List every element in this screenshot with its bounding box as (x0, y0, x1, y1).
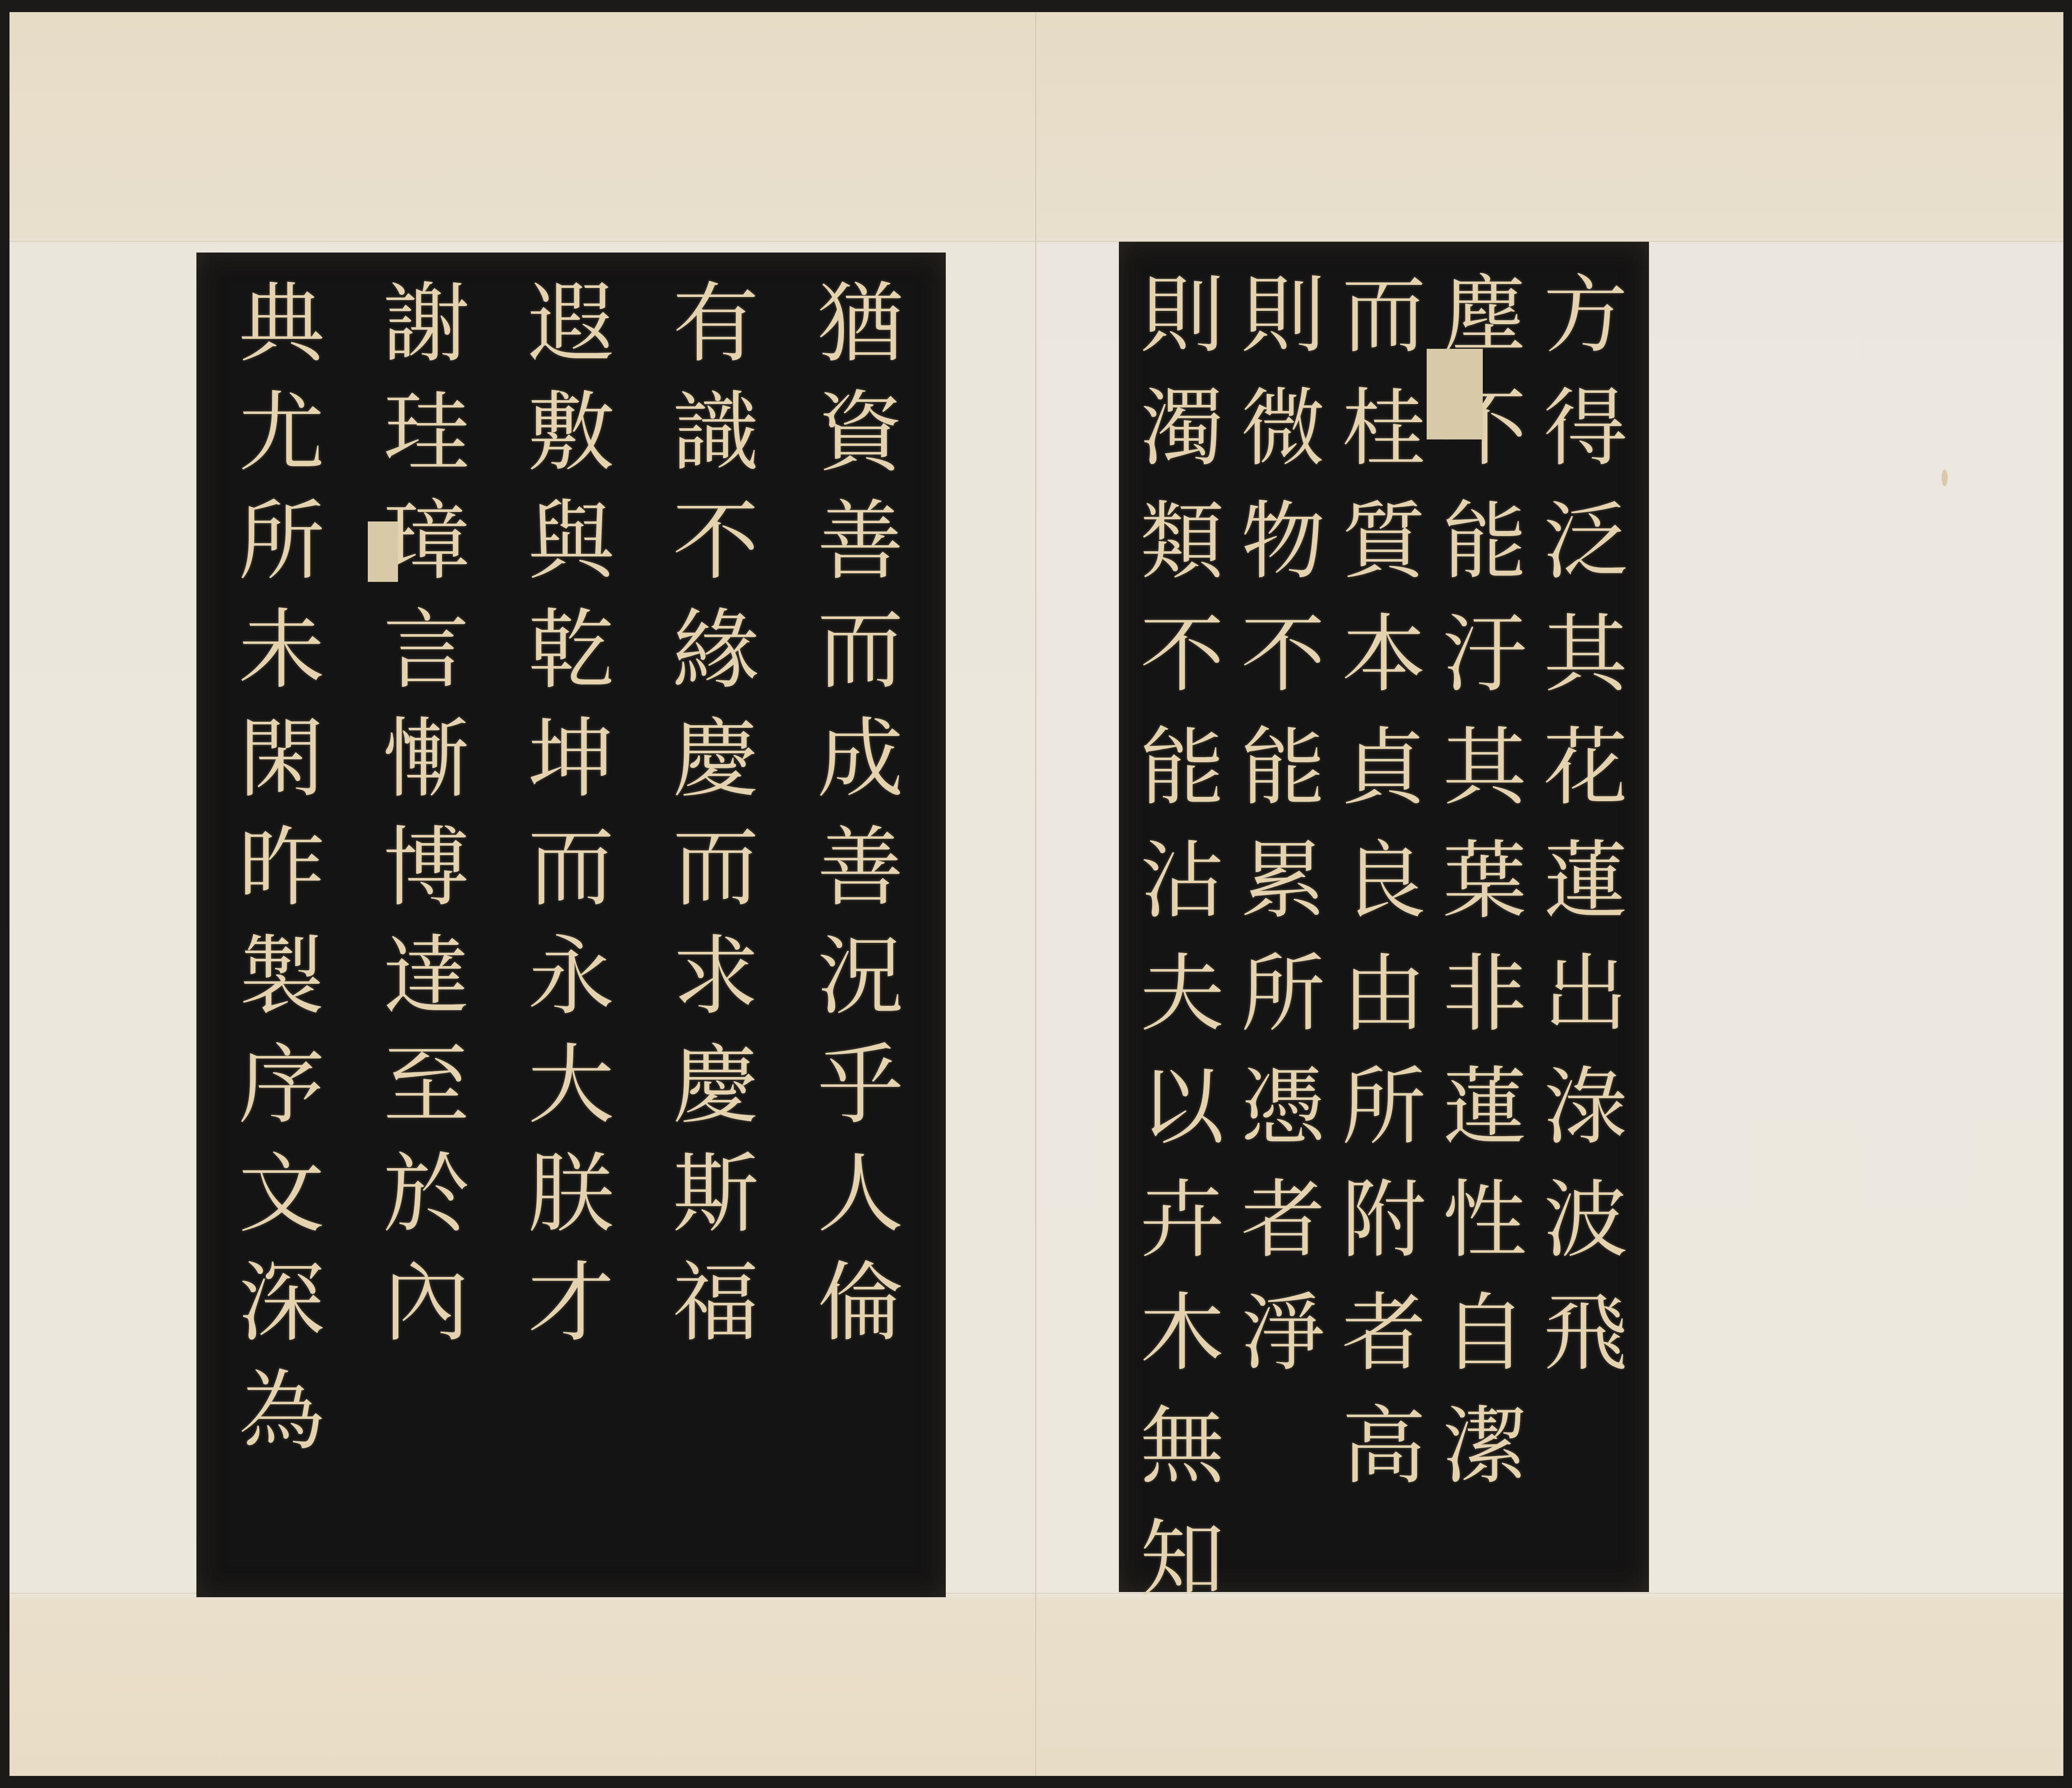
calligraphy-character: 而 (528, 814, 614, 922)
calligraphy-character: 貞 (1342, 711, 1426, 825)
calligraphy-character: 至 (383, 1031, 470, 1140)
calligraphy-character: 汙 (1443, 598, 1527, 711)
calligraphy-character: 無 (1140, 1390, 1224, 1503)
top-mount-seam (9, 241, 1036, 242)
calligraphy-character: 物 (1241, 485, 1325, 598)
calligraphy-character: 慚 (383, 705, 470, 814)
calligraphy-character: 況 (817, 922, 903, 1031)
calligraphy-character: 識 (673, 379, 759, 487)
calligraphy-character: 累 (1241, 825, 1325, 938)
calligraphy-character: 大 (528, 1031, 614, 1140)
right-rubbing-panel: 方得泛其花蓮出淥波飛塵不能汙其葉非蓮性自潔而桂質本貞良由所附者高則微物不能累所憑… (1119, 242, 1649, 1592)
calligraphy-character: 淥 (1544, 1051, 1628, 1164)
calligraphy-character: 於 (383, 1140, 470, 1249)
calligraphy-character: 才 (528, 1249, 614, 1358)
calligraphy-character: 為 (239, 1358, 325, 1466)
album-spread: 猶資善而成善況乎人倫有識不緣慶而求慶斯福遐敷與乾坤而永大朕才謝珪璋言慚博達至於內… (9, 12, 2063, 1776)
calligraphy-character: 淨 (1241, 1277, 1325, 1390)
calligraphy-character: 其 (1544, 598, 1628, 711)
calligraphy-character: 不 (1241, 598, 1325, 711)
calligraphy-character: 由 (1342, 938, 1426, 1051)
calligraphy-character: 者 (1241, 1164, 1325, 1277)
calligraphy-character: 斯 (673, 1140, 759, 1249)
calligraphy-character: 猶 (817, 270, 903, 379)
calligraphy-character: 內 (383, 1249, 470, 1358)
calligraphy-character: 微 (1241, 372, 1325, 485)
foxing-spot (1942, 470, 1948, 486)
calligraphy-character: 謝 (383, 270, 470, 379)
calligraphy-character: 文 (239, 1140, 325, 1249)
calligraphy-character: 飛 (1544, 1277, 1628, 1390)
calligraphy-character: 蓮 (1443, 1051, 1527, 1164)
calligraphy-character: 濁 (1140, 372, 1224, 485)
calligraphy-character: 卉 (1140, 1164, 1224, 1277)
calligraphy-character: 知 (1140, 1503, 1224, 1616)
calligraphy-character: 達 (383, 922, 470, 1031)
calligraphy-character: 坤 (528, 705, 614, 814)
left-leaf: 猶資善而成善況乎人倫有識不緣慶而求慶斯福遐敷與乾坤而永大朕才謝珪璋言慚博達至於內… (9, 12, 1036, 1776)
calligraphy-character: 木 (1140, 1277, 1224, 1390)
calligraphy-character: 以 (1140, 1051, 1224, 1164)
calligraphy-character: 善 (817, 814, 903, 922)
calligraphy-character: 得 (1544, 372, 1628, 485)
calligraphy-character: 永 (528, 922, 614, 1031)
text-column: 則微物不能累所憑者淨 (1233, 259, 1333, 1575)
calligraphy-character: 言 (383, 596, 470, 705)
text-column: 則濁類不能沾夫以卉木無知 (1133, 259, 1232, 1575)
text-column: 有識不緣慶而求慶斯福 (647, 270, 785, 1580)
calligraphy-character: 所 (1342, 1051, 1426, 1164)
calligraphy-character: 求 (673, 922, 759, 1031)
calligraphy-character: 深 (239, 1249, 325, 1358)
calligraphy-character: 自 (1443, 1277, 1527, 1390)
center-fold (1035, 12, 1036, 1776)
calligraphy-character: 波 (1544, 1164, 1628, 1277)
calligraphy-character: 朕 (528, 1140, 614, 1249)
calligraphy-character: 成 (817, 705, 903, 814)
paper-damage-patch (1427, 349, 1483, 439)
text-column: 遐敷與乾坤而永大朕才 (502, 270, 640, 1580)
calligraphy-character: 性 (1443, 1164, 1527, 1277)
calligraphy-character: 人 (817, 1140, 903, 1249)
text-column: 而桂質本貞良由所附者高 (1334, 259, 1434, 1575)
calligraphy-character: 未 (239, 596, 325, 705)
text-column: 典尤所未閑昨製序文深為 (213, 270, 351, 1580)
calligraphy-character: 尤 (239, 379, 325, 487)
calligraphy-character: 類 (1140, 485, 1224, 598)
calligraphy-character: 乾 (528, 596, 614, 705)
calligraphy-character: 而 (673, 814, 759, 922)
calligraphy-character: 能 (1241, 711, 1325, 825)
calligraphy-character: 沾 (1140, 825, 1224, 938)
calligraphy-character: 方 (1544, 259, 1628, 372)
calligraphy-character: 花 (1544, 711, 1628, 825)
calligraphy-character: 桂 (1342, 372, 1426, 485)
calligraphy-character: 資 (817, 379, 903, 487)
calligraphy-character: 葉 (1443, 825, 1527, 938)
calligraphy-character: 慶 (673, 705, 759, 814)
calligraphy-character: 所 (239, 487, 325, 596)
calligraphy-character: 其 (1443, 711, 1527, 825)
right-leaf: 方得泛其花蓮出淥波飛塵不能汙其葉非蓮性自潔而桂質本貞良由所附者高則微物不能累所憑… (1036, 12, 2063, 1776)
calligraphy-character: 所 (1241, 938, 1325, 1051)
calligraphy-character: 夫 (1140, 938, 1224, 1051)
text-column: 塵不能汙其葉非蓮性自潔 (1435, 259, 1535, 1575)
calligraphy-character: 典 (239, 270, 325, 379)
calligraphy-character: 附 (1342, 1164, 1426, 1277)
calligraphy-character: 良 (1342, 825, 1426, 938)
calligraphy-character: 而 (1342, 259, 1426, 372)
calligraphy-character: 出 (1544, 938, 1628, 1051)
calligraphy-character: 潔 (1443, 1390, 1527, 1503)
calligraphy-character: 而 (817, 596, 903, 705)
calligraphy-character: 不 (673, 487, 759, 596)
calligraphy-character: 善 (817, 487, 903, 596)
calligraphy-character: 質 (1342, 485, 1426, 598)
calligraphy-character: 慶 (673, 1031, 759, 1140)
left-rubbing-panel: 猶資善而成善況乎人倫有識不緣慶而求慶斯福遐敷與乾坤而永大朕才謝珪璋言慚博達至於內… (196, 253, 946, 1597)
calligraphy-character: 福 (673, 1249, 759, 1358)
calligraphy-character: 能 (1140, 711, 1224, 825)
calligraphy-character: 者 (1342, 1277, 1426, 1390)
calligraphy-character: 不 (1140, 598, 1224, 711)
calligraphy-character: 敷 (528, 379, 614, 487)
calligraphy-character: 閑 (239, 705, 325, 814)
calligraphy-character: 蓮 (1544, 825, 1628, 938)
calligraphy-character: 則 (1241, 259, 1325, 372)
paper-damage-patch (368, 521, 398, 582)
calligraphy-character: 與 (528, 487, 614, 596)
text-column: 猶資善而成善況乎人倫 (791, 270, 929, 1580)
calligraphy-character: 非 (1443, 938, 1527, 1051)
calligraphy-character: 珪 (383, 379, 470, 487)
calligraphy-character: 泛 (1544, 485, 1628, 598)
calligraphy-character: 本 (1342, 598, 1426, 711)
calligraphy-character: 有 (673, 270, 759, 379)
calligraphy-character: 博 (383, 814, 470, 922)
calligraphy-character: 高 (1342, 1390, 1426, 1503)
calligraphy-character: 製 (239, 922, 325, 1031)
text-column: 方得泛其花蓮出淥波飛 (1536, 259, 1635, 1575)
calligraphy-character: 能 (1443, 485, 1527, 598)
text-column: 謝珪璋言慚博達至於內 (357, 270, 496, 1580)
calligraphy-character: 倫 (817, 1249, 903, 1358)
calligraphy-character: 緣 (673, 596, 759, 705)
calligraphy-character: 憑 (1241, 1051, 1325, 1164)
calligraphy-character: 昨 (239, 814, 325, 922)
calligraphy-character: 則 (1140, 259, 1224, 372)
calligraphy-character: 乎 (817, 1031, 903, 1140)
calligraphy-character: 序 (239, 1031, 325, 1140)
calligraphy-character: 遐 (528, 270, 614, 379)
